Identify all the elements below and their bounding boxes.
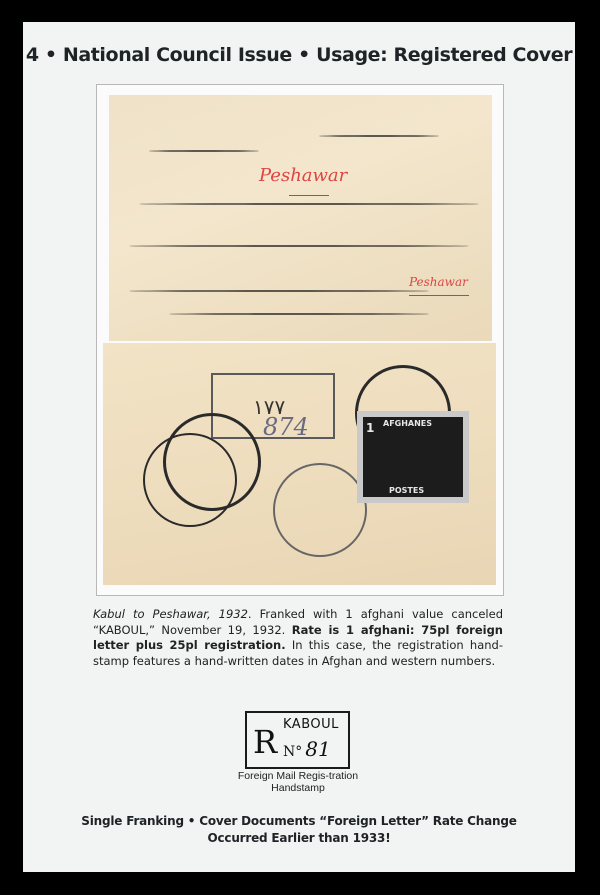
cover-caption: Kabul to Peshawar, 1932. Franked with 1 … xyxy=(93,607,503,669)
postmark-peshawar-2 xyxy=(143,433,237,527)
page-title: 4 • National Council Issue • Usage: Regi… xyxy=(23,44,575,66)
postmark-landikotal xyxy=(273,463,367,557)
registration-handstamp-illustration: R KABOUL N°81 xyxy=(245,711,350,769)
cover-back: ١٧٧ 874 1 AFGHANES POSTES xyxy=(103,343,496,585)
cover-image-frame: Peshawar Peshawar ١٧٧ 874 xyxy=(96,84,504,596)
album-page: 4 • National Council Issue • Usage: Regi… xyxy=(23,22,575,872)
cover-image: Peshawar Peshawar ١٧٧ 874 xyxy=(109,95,492,585)
handstamp-label: Foreign Mail Regis-tration Handstamp xyxy=(213,770,383,794)
postage-stamp: 1 AFGHANES POSTES xyxy=(357,411,469,503)
page-footer: Single Franking • Cover Documents “Forei… xyxy=(63,813,535,847)
cover-front: Peshawar Peshawar xyxy=(109,95,492,341)
red-annotation: Peshawar xyxy=(259,165,347,186)
pencil-number: 874 xyxy=(263,413,309,441)
red-annotation-2: Peshawar xyxy=(409,275,468,289)
